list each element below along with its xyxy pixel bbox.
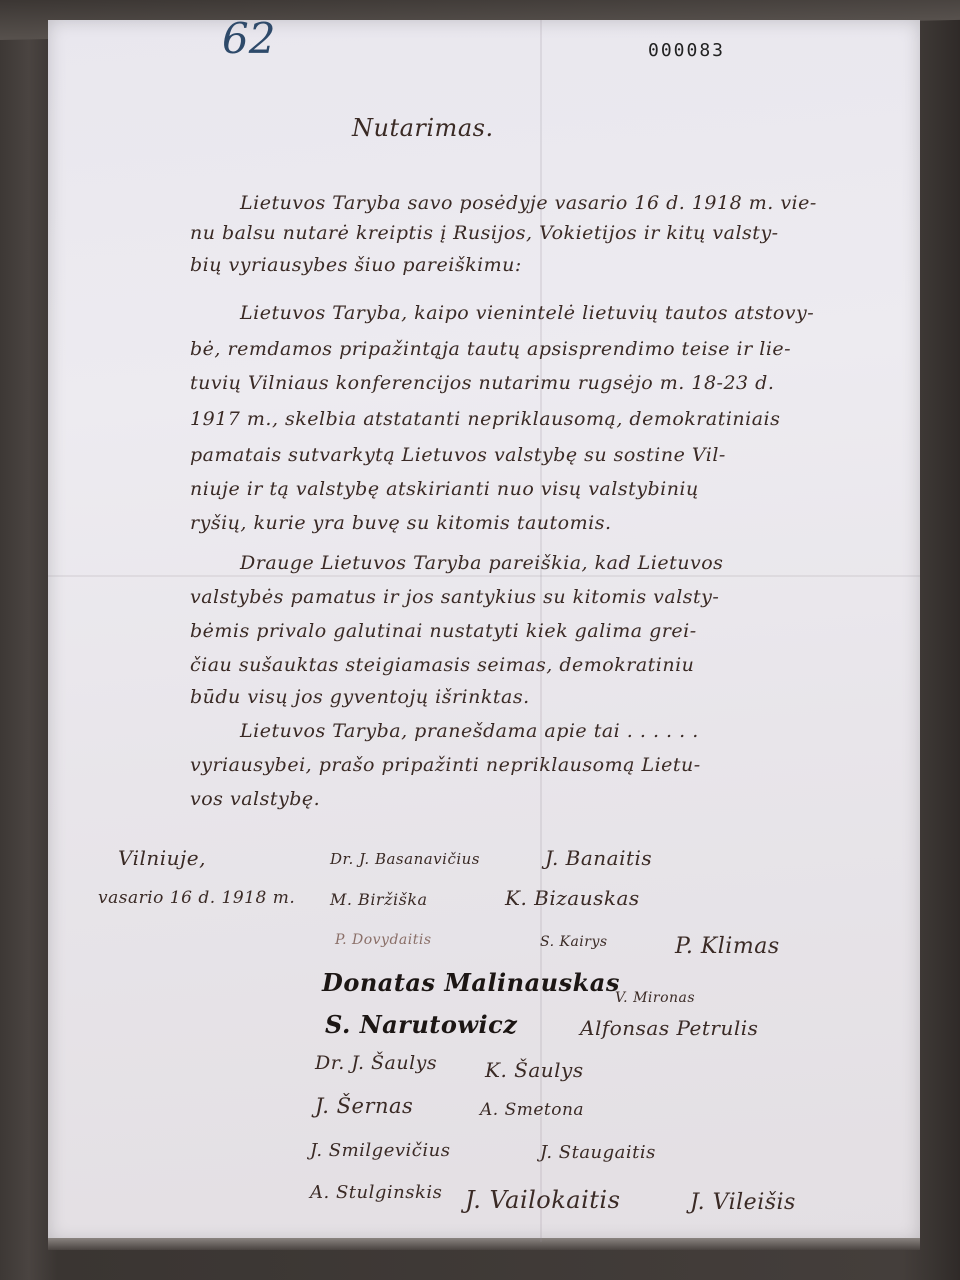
signature: S. Narutowicz [325, 1010, 517, 1039]
text-line: 1917 m., skelbia atstatanti nepriklausom… [190, 408, 780, 430]
archive-number: 62 [222, 14, 275, 63]
signature: J. Vailokaitis [465, 1186, 620, 1214]
text-line: bė, remdamos pripažintąja tautų apsispre… [190, 338, 791, 360]
text-line: būdu visų jos gyventojų išrinktas. [190, 686, 530, 708]
signature: J. Vileišis [690, 1190, 796, 1215]
text-line: vos valstybę. [190, 788, 320, 810]
text-line: ryšių, kurie yra buvę su kitomis tautomi… [190, 512, 611, 534]
text-line: čiau sušauktas steigiamasis seimas, demo… [190, 654, 694, 676]
signature: J. Staugaitis [540, 1142, 656, 1163]
signature: Alfonsas Petrulis [580, 1016, 758, 1040]
signature: P. Klimas [675, 934, 780, 959]
signature: V. Mironas [615, 990, 695, 1006]
signature: A. Stulginskis [310, 1182, 442, 1203]
text-line: niuje ir tą valstybę atskirianti nuo vis… [190, 478, 699, 500]
signature: Dr. J. Šaulys [315, 1052, 437, 1074]
stamp-number: 000083 [648, 40, 725, 61]
signature: J. Smilgevičius [310, 1140, 450, 1161]
text-line: valstybės pamatus ir jos santykius su ki… [190, 586, 719, 608]
signature: P. Dovydaitis [335, 932, 432, 948]
signature: A. Smetona [480, 1100, 584, 1120]
signature: Donatas Malinauskas [322, 968, 620, 997]
text-line: Drauge Lietuvos Taryba pareiškia, kad Li… [240, 552, 723, 574]
signature: J. Banaitis [545, 846, 652, 870]
text-line: Lietuvos Taryba savo posėdyje vasario 16… [240, 192, 817, 214]
text-line: bėmis privalo galutinai nustatyti kiek g… [190, 620, 697, 642]
signature: K. Bizauskas [505, 886, 640, 910]
frame-bottom-edge [48, 1238, 920, 1250]
place: Vilniuje, [118, 846, 206, 870]
paper-fold-horizontal [48, 575, 920, 577]
text-line: tuvių Vilniaus konferencijos nutarimu ru… [190, 372, 774, 394]
signature: Dr. J. Basanavičius [330, 850, 480, 868]
document-title: Nutarimas. [352, 114, 494, 142]
signature: S. Kairys [540, 934, 608, 950]
signature: K. Šaulys [485, 1058, 584, 1082]
text-line: nu balsu nutarė kreiptis į Rusijos, Voki… [190, 222, 779, 244]
text-line: pamatais sutvarkytą Lietuvos valstybę su… [190, 444, 726, 466]
text-line: Lietuvos Taryba, kaipo vienintelė lietuv… [240, 302, 814, 324]
date: vasario 16 d. 1918 m. [98, 888, 295, 908]
signature: J. Šernas [315, 1094, 413, 1118]
signature: M. Biržiška [330, 890, 428, 909]
text-line: Lietuvos Taryba, pranešdama apie tai . .… [240, 720, 699, 742]
text-line: bių vyriausybes šiuo pareiškimu: [190, 254, 522, 276]
text-line: vyriausybei, prašo pripažinti nepriklaus… [190, 754, 701, 776]
